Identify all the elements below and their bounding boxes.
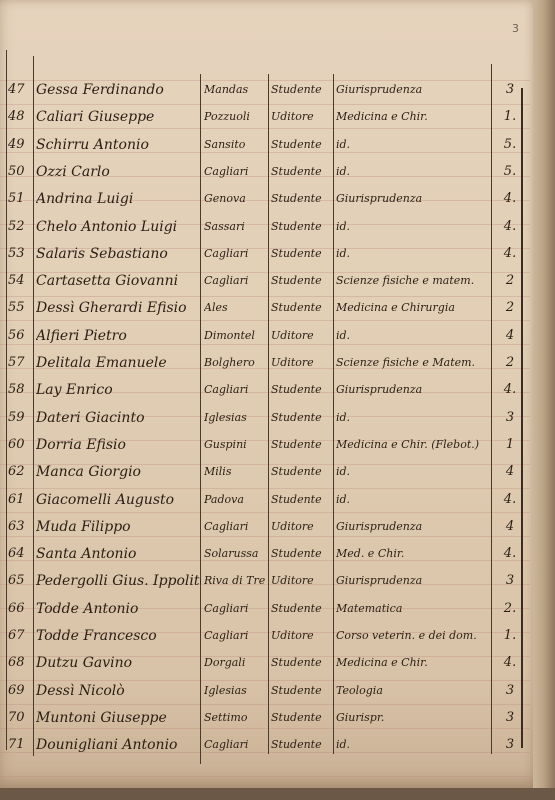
course-year: 4. xyxy=(500,651,520,675)
status: Studente xyxy=(271,78,331,102)
table-row: 67Todde FrancescoCagliariUditoreCorso ve… xyxy=(0,624,530,648)
course-year: 4. xyxy=(500,378,520,402)
status: Studente xyxy=(271,460,331,484)
hometown: Iglesias xyxy=(204,406,266,430)
status: Uditore xyxy=(271,515,331,539)
course-year: 4 xyxy=(500,515,520,539)
faculty: id. xyxy=(336,324,488,348)
entry-number: 60 xyxy=(8,433,34,457)
faculty: Medicina e Chir. xyxy=(336,105,488,129)
student-name: Gessa Ferdinando xyxy=(36,78,201,102)
entry-number: 47 xyxy=(8,78,34,102)
status: Studente xyxy=(271,433,331,457)
entry-number: 52 xyxy=(8,215,34,239)
entry-number: 48 xyxy=(8,105,34,129)
status: Studente xyxy=(271,215,331,239)
status: Studente xyxy=(271,269,331,293)
course-year: 4. xyxy=(500,187,520,211)
status: Studente xyxy=(271,160,331,184)
faculty: Medicina e Chirurgia xyxy=(336,296,488,320)
student-name: Dateri Giacinto xyxy=(36,406,201,430)
student-name: Caliari Giuseppe xyxy=(36,105,201,129)
faculty: id. xyxy=(336,133,488,157)
course-year: 2 xyxy=(500,269,520,293)
student-name: Muda Filippo xyxy=(36,515,201,539)
entry-number: 50 xyxy=(8,160,34,184)
entry-number: 58 xyxy=(8,378,34,402)
course-year: 4. xyxy=(500,242,520,266)
table-row: 64Santa AntonioSolarussaStudenteMed. e C… xyxy=(0,542,530,566)
hometown: Cagliari xyxy=(204,624,266,648)
table-row: 54Cartasetta GiovanniCagliariStudenteSci… xyxy=(0,269,530,293)
hometown: Milis xyxy=(204,460,266,484)
status: Uditore xyxy=(271,351,331,375)
status: Studente xyxy=(271,651,331,675)
page-bottom-edge xyxy=(0,788,555,800)
entry-number: 68 xyxy=(8,651,34,675)
hometown: Genova xyxy=(204,187,266,211)
course-year: 5. xyxy=(500,133,520,157)
table-row: 49Schirru AntonioSansitoStudenteid.5. xyxy=(0,133,530,157)
entry-number: 71 xyxy=(8,733,34,757)
table-row: 59Dateri GiacintoIglesiasStudenteid.3 xyxy=(0,406,530,430)
table-row: 60Dorria EfisioGuspiniStudenteMedicina e… xyxy=(0,433,530,457)
student-name: Schirru Antonio xyxy=(36,133,201,157)
table-row: 66Todde AntonioCagliariStudenteMatematic… xyxy=(0,597,530,621)
entry-number: 61 xyxy=(8,488,34,512)
student-name: Muntoni Giuseppe xyxy=(36,706,201,730)
course-year: 1. xyxy=(500,624,520,648)
status: Studente xyxy=(271,133,331,157)
faculty: Matematica xyxy=(336,597,488,621)
course-year: 2 xyxy=(500,296,520,320)
entry-number: 65 xyxy=(8,569,34,593)
table-row: 69Dessì NicolòIglesiasStudenteTeologia3 xyxy=(0,679,530,703)
course-year: 2 xyxy=(500,351,520,375)
course-year: 4. xyxy=(500,542,520,566)
entry-number: 62 xyxy=(8,460,34,484)
entry-number: 49 xyxy=(8,133,34,157)
faculty: id. xyxy=(336,460,488,484)
entry-number: 64 xyxy=(8,542,34,566)
student-name: Santa Antonio xyxy=(36,542,201,566)
status: Studente xyxy=(271,733,331,757)
faculty: Med. e Chir. xyxy=(336,542,488,566)
table-row: 70Muntoni GiuseppeSettimoStudenteGiurisp… xyxy=(0,706,530,730)
student-name: Giacomelli Augusto xyxy=(36,488,201,512)
table-row: 65Pedergolli Gius. IppolitoRiva di Trent… xyxy=(0,569,530,593)
faculty: Scienze fisiche e matem. xyxy=(336,269,488,293)
register-page: 3 47Gessa FerdinandoMandasStudenteGiuris… xyxy=(0,0,540,790)
hometown: Cagliari xyxy=(204,378,266,402)
student-name: Manca Giorgio xyxy=(36,460,201,484)
faculty: Scienze fisiche e Matem. xyxy=(336,351,488,375)
table-row: 51Andrina LuigiGenovaStudenteGiurisprude… xyxy=(0,187,530,211)
hometown: Riva di Trento xyxy=(204,569,266,593)
status: Studente xyxy=(271,542,331,566)
table-row: 52Chelo Antonio LuigiSassariStudenteid.4… xyxy=(0,215,530,239)
status: Studente xyxy=(271,679,331,703)
faculty: id. xyxy=(336,242,488,266)
hometown: Mandas xyxy=(204,78,266,102)
entry-number: 54 xyxy=(8,269,34,293)
table-row: 63Muda FilippoCagliariUditoreGiurisprude… xyxy=(0,515,530,539)
hometown: Dorgali xyxy=(204,651,266,675)
student-name: Delitala Emanuele xyxy=(36,351,201,375)
hometown: Pozzuoli xyxy=(204,105,266,129)
course-year: 4. xyxy=(500,488,520,512)
status: Studente xyxy=(271,597,331,621)
entry-number: 67 xyxy=(8,624,34,648)
course-year: 1. xyxy=(500,105,520,129)
page-edge xyxy=(533,0,555,800)
table-row: 58Lay EnricoCagliariStudenteGiurispruden… xyxy=(0,378,530,402)
course-year: 1 xyxy=(500,433,520,457)
hometown: Dimontel xyxy=(204,324,266,348)
student-name: Chelo Antonio Luigi xyxy=(36,215,201,239)
faculty: Giurisprudenza xyxy=(336,78,488,102)
entry-number: 57 xyxy=(8,351,34,375)
entry-number: 56 xyxy=(8,324,34,348)
entry-number: 51 xyxy=(8,187,34,211)
course-year: 3 xyxy=(500,679,520,703)
course-year: 3 xyxy=(500,569,520,593)
table-row: 57Delitala EmanueleBolgheroUditoreScienz… xyxy=(0,351,530,375)
student-name: Todde Antonio xyxy=(36,597,201,621)
status: Studente xyxy=(271,406,331,430)
student-name: Dessì Nicolò xyxy=(36,679,201,703)
hometown: Cagliari xyxy=(204,515,266,539)
table-row: 48Caliari GiuseppePozzuoliUditoreMedicin… xyxy=(0,105,530,129)
hometown: Cagliari xyxy=(204,597,266,621)
student-name: Andrina Luigi xyxy=(36,187,201,211)
student-name: Todde Francesco xyxy=(36,624,201,648)
faculty: Giurisprudenza xyxy=(336,569,488,593)
table-row: 61Giacomelli AugustoPadovaStudenteid.4. xyxy=(0,488,530,512)
hometown: Bolghero xyxy=(204,351,266,375)
hometown: Cagliari xyxy=(204,242,266,266)
hometown: Iglesias xyxy=(204,679,266,703)
student-name: Ozzi Carlo xyxy=(36,160,201,184)
student-name: Alfieri Pietro xyxy=(36,324,201,348)
status: Studente xyxy=(271,187,331,211)
table-row: 53Salaris SebastianoCagliariStudenteid.4… xyxy=(0,242,530,266)
hometown: Guspini xyxy=(204,433,266,457)
hometown: Cagliari xyxy=(204,269,266,293)
faculty: id. xyxy=(336,215,488,239)
hometown: Ales xyxy=(204,296,266,320)
course-year: 5. xyxy=(500,160,520,184)
entry-number: 66 xyxy=(8,597,34,621)
faculty: Giurispr. xyxy=(336,706,488,730)
hometown: Settimo xyxy=(204,706,266,730)
course-year: 3 xyxy=(500,406,520,430)
faculty: id. xyxy=(336,488,488,512)
status: Uditore xyxy=(271,624,331,648)
status: Studente xyxy=(271,378,331,402)
hometown: Solarussa xyxy=(204,542,266,566)
student-name: Pedergolli Gius. Ippolito xyxy=(36,569,201,593)
faculty: Corso veterin. e dei dom. xyxy=(336,624,488,648)
course-year: 3 xyxy=(500,78,520,102)
table-row: 62Manca GiorgioMilisStudenteid.4 xyxy=(0,460,530,484)
status: Studente xyxy=(271,296,331,320)
course-year: 2. xyxy=(500,597,520,621)
status: Studente xyxy=(271,242,331,266)
course-year: 4 xyxy=(500,460,520,484)
ruled-line xyxy=(0,776,530,777)
entry-number: 63 xyxy=(8,515,34,539)
status: Uditore xyxy=(271,324,331,348)
faculty: id. xyxy=(336,733,488,757)
student-name: Cartasetta Giovanni xyxy=(36,269,201,293)
faculty: Giurisprudenza xyxy=(336,378,488,402)
faculty: id. xyxy=(336,160,488,184)
hometown: Padova xyxy=(204,488,266,512)
entry-number: 69 xyxy=(8,679,34,703)
faculty: Giurisprudenza xyxy=(336,515,488,539)
table-row: 50Ozzi CarloCagliariStudenteid.5. xyxy=(0,160,530,184)
course-year: 4. xyxy=(500,215,520,239)
faculty: id. xyxy=(336,406,488,430)
entry-number: 70 xyxy=(8,706,34,730)
hometown: Sassari xyxy=(204,215,266,239)
ruled-line xyxy=(0,512,530,513)
table-row: 56Alfieri PietroDimontelUditoreid.4 xyxy=(0,324,530,348)
table-row: 47Gessa FerdinandoMandasStudenteGiurispr… xyxy=(0,78,530,102)
entry-number: 59 xyxy=(8,406,34,430)
student-name: Dessì Gherardi Efisio xyxy=(36,296,201,320)
faculty: Teologia xyxy=(336,679,488,703)
page-number: 3 xyxy=(512,22,519,35)
faculty: Medicina e Chir. (Flebot.) xyxy=(336,433,488,457)
table-row: 71Dounigliani AntonioCagliariStudenteid.… xyxy=(0,733,530,757)
student-name: Lay Enrico xyxy=(36,378,201,402)
status: Studente xyxy=(271,488,331,512)
ruled-line xyxy=(0,704,530,705)
course-year: 3 xyxy=(500,706,520,730)
table-row: 55Dessì Gherardi EfisioAlesStudenteMedic… xyxy=(0,296,530,320)
hometown: Sansito xyxy=(204,133,266,157)
course-year: 3 xyxy=(500,733,520,757)
entry-number: 55 xyxy=(8,296,34,320)
faculty: Giurisprudenza xyxy=(336,187,488,211)
table-row: 68Dutzu GavinoDorgaliStudenteMedicina e … xyxy=(0,651,530,675)
hometown: Cagliari xyxy=(204,160,266,184)
entry-number: 53 xyxy=(8,242,34,266)
hometown: Cagliari xyxy=(204,733,266,757)
student-name: Salaris Sebastiano xyxy=(36,242,201,266)
faculty: Medicina e Chir. xyxy=(336,651,488,675)
student-name: Dorria Efisio xyxy=(36,433,201,457)
status: Studente xyxy=(271,706,331,730)
course-year: 4 xyxy=(500,324,520,348)
status: Uditore xyxy=(271,105,331,129)
status: Uditore xyxy=(271,569,331,593)
student-name: Dounigliani Antonio xyxy=(36,733,201,757)
student-name: Dutzu Gavino xyxy=(36,651,201,675)
